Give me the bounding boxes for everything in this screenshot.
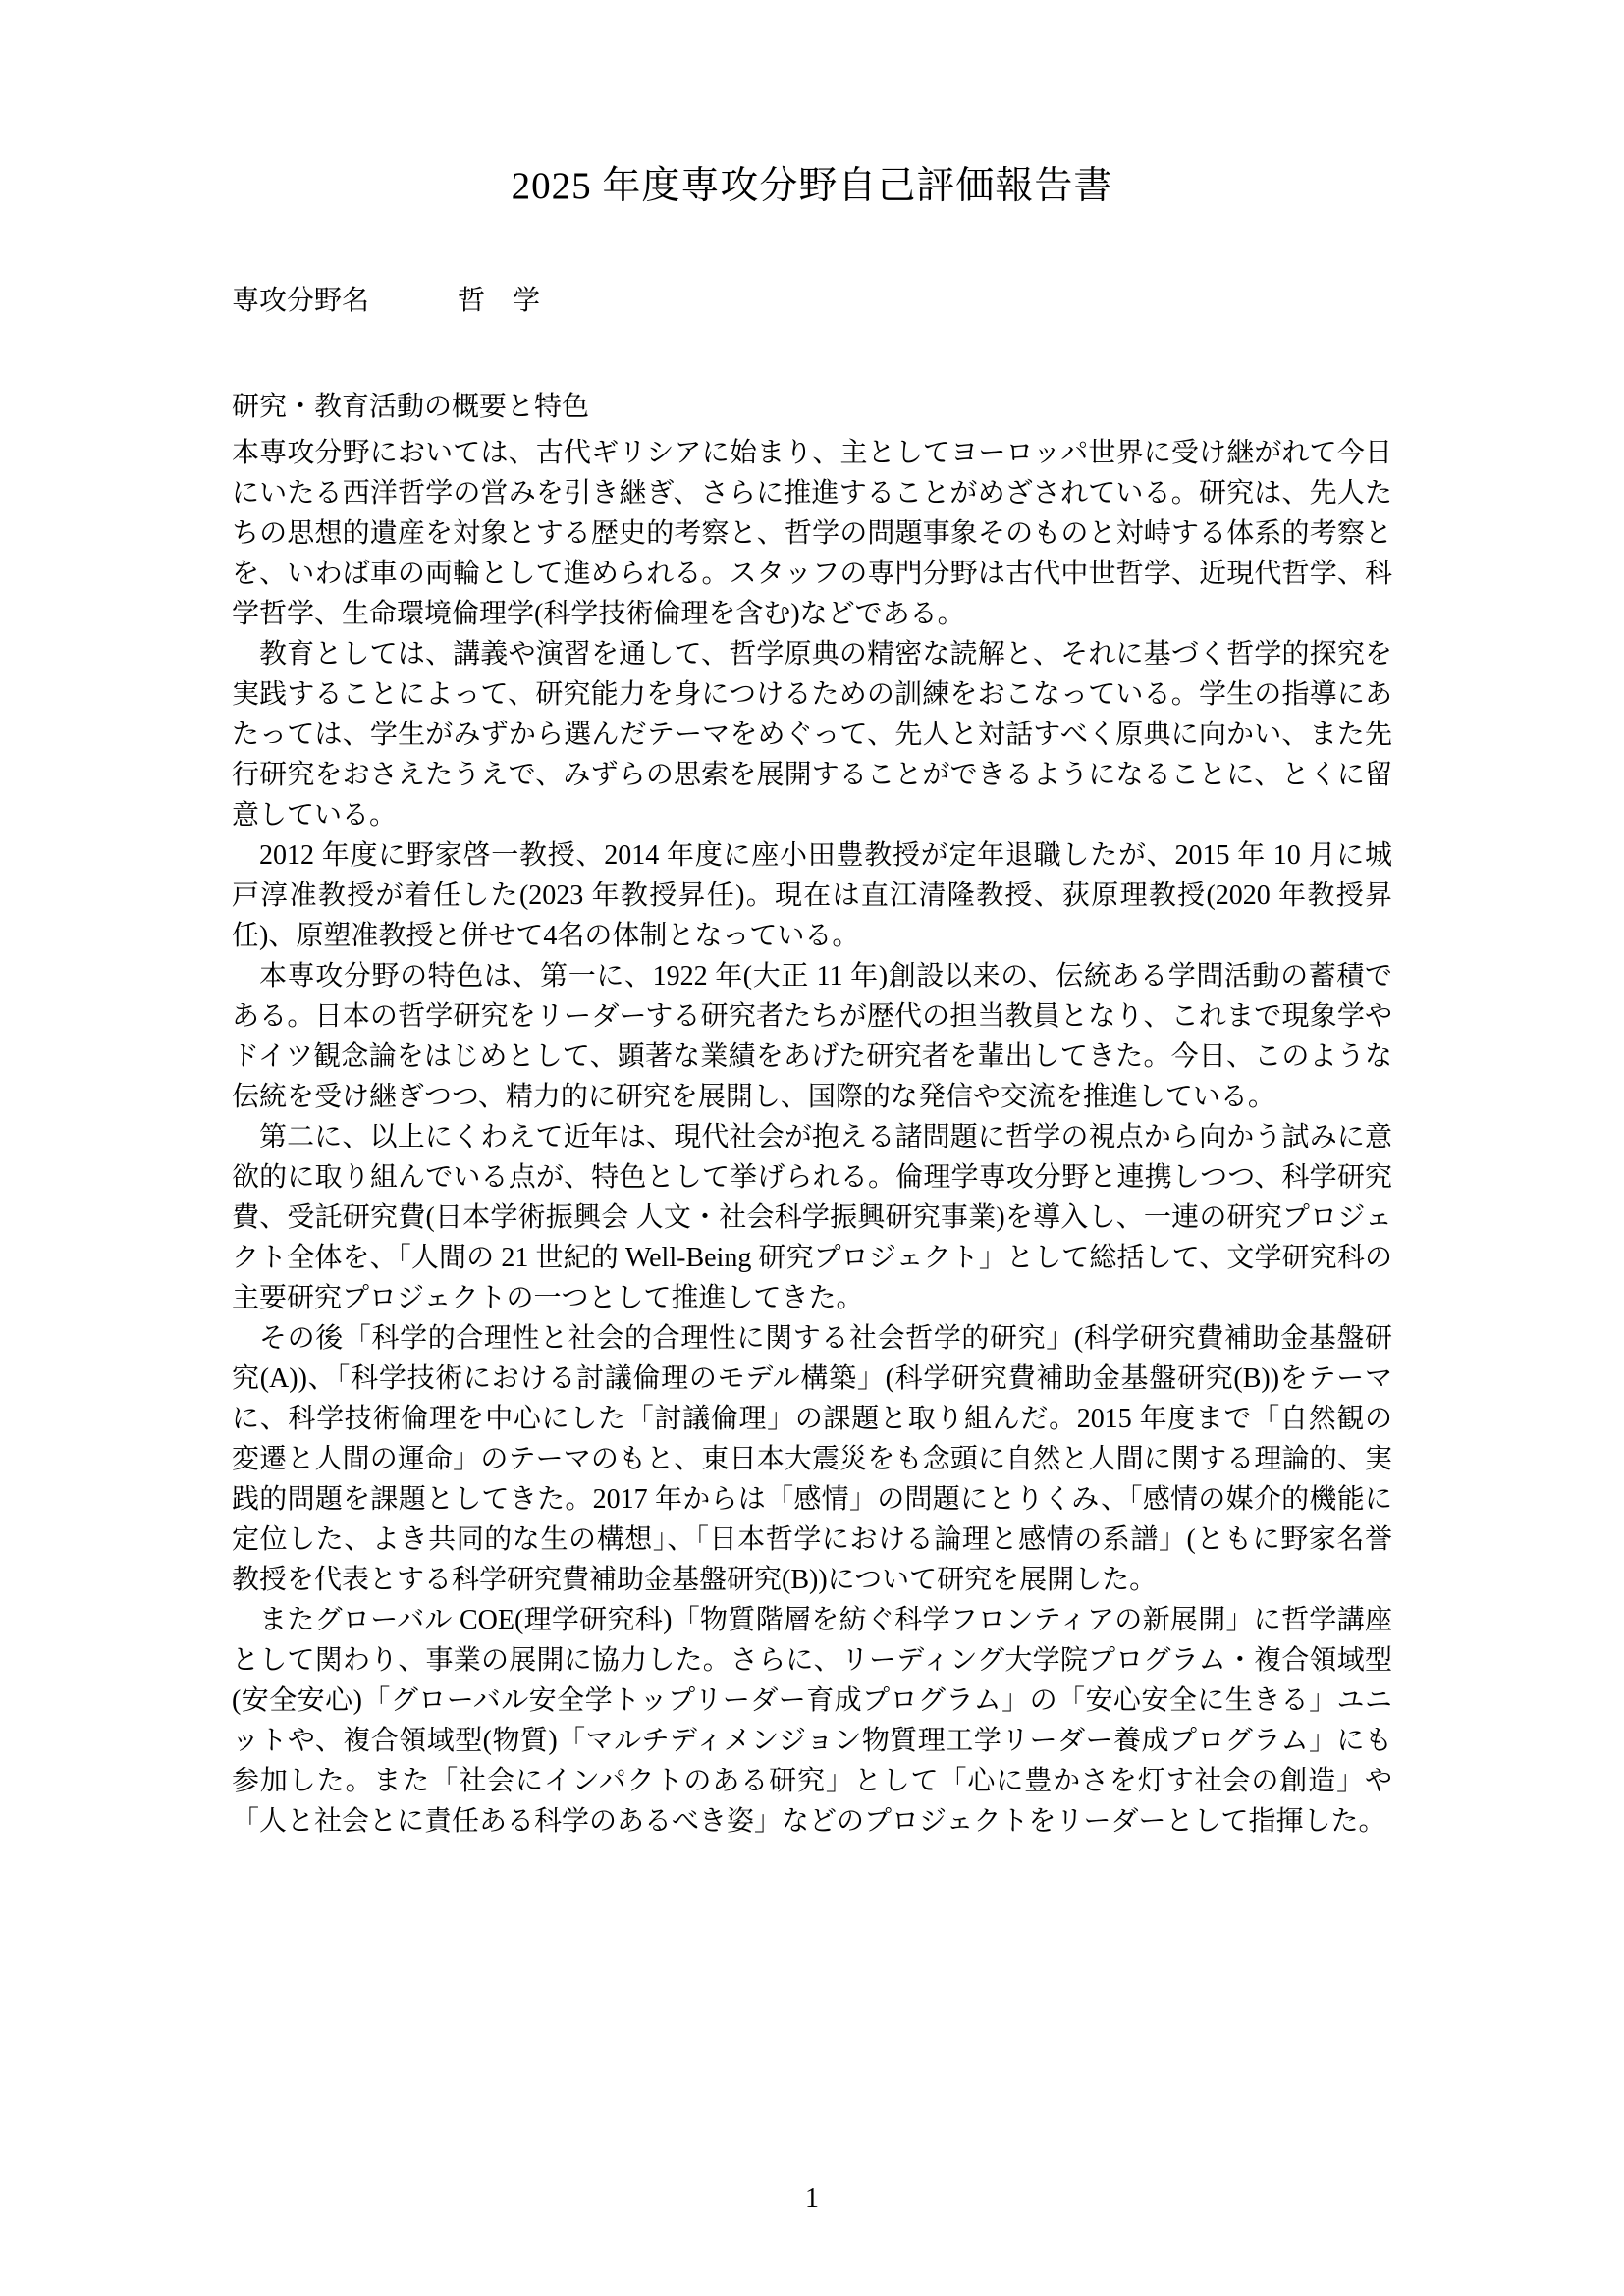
paragraph-tradition: 本専攻分野の特色は、第一に、1922 年(大正 11 年)創設以来の、伝統ある学… xyxy=(232,956,1392,1117)
section-heading: 研究・教育活動の概要と特色 xyxy=(232,387,1392,427)
field-label: 専攻分野名 xyxy=(232,286,369,316)
field-row: 専攻分野名哲 学 xyxy=(232,285,1392,318)
document-title: 2025 年度専攻分野自己評価報告書 xyxy=(232,0,1392,210)
paragraph-contemporary: 第二に、以上にくわえて近年は、現代社会が抱える諸問題に哲学の視点から向かう試みに… xyxy=(232,1117,1392,1318)
document-page: 2025 年度専攻分野自己評価報告書 専攻分野名哲 学 研究・教育活動の概要と特… xyxy=(0,0,1624,2296)
paragraph-overview: 本専攻分野においては、古代ギリシアに始まり、主としてヨーロッパ世界に受け継がれて… xyxy=(232,433,1392,634)
paragraph-education: 教育としては、講義や演習を通して、哲学原典の精密な読解と、それに基づく哲学的探究… xyxy=(232,634,1392,835)
paragraph-research-themes: その後「科学的合理性と社会的合理性に関する社会哲学的研究」(科学研究費補助金基盤… xyxy=(232,1318,1392,1600)
paragraph-faculty: 2012 年度に野家啓一教授、2014 年度に座小田豊教授が定年退職したが、20… xyxy=(232,835,1392,956)
document-content: 2025 年度専攻分野自己評価報告書 専攻分野名哲 学 研究・教育活動の概要と特… xyxy=(0,0,1624,1842)
field-value: 哲 学 xyxy=(458,286,540,316)
paragraph-projects: またグローバル COE(理学研究科)「物質階層を紡ぐ科学フロンティアの新展開」に… xyxy=(232,1600,1392,1842)
page-number: 1 xyxy=(0,2181,1624,2216)
section-body: 本専攻分野においては、古代ギリシアに始まり、主としてヨーロッパ世界に受け継がれて… xyxy=(232,433,1392,1842)
